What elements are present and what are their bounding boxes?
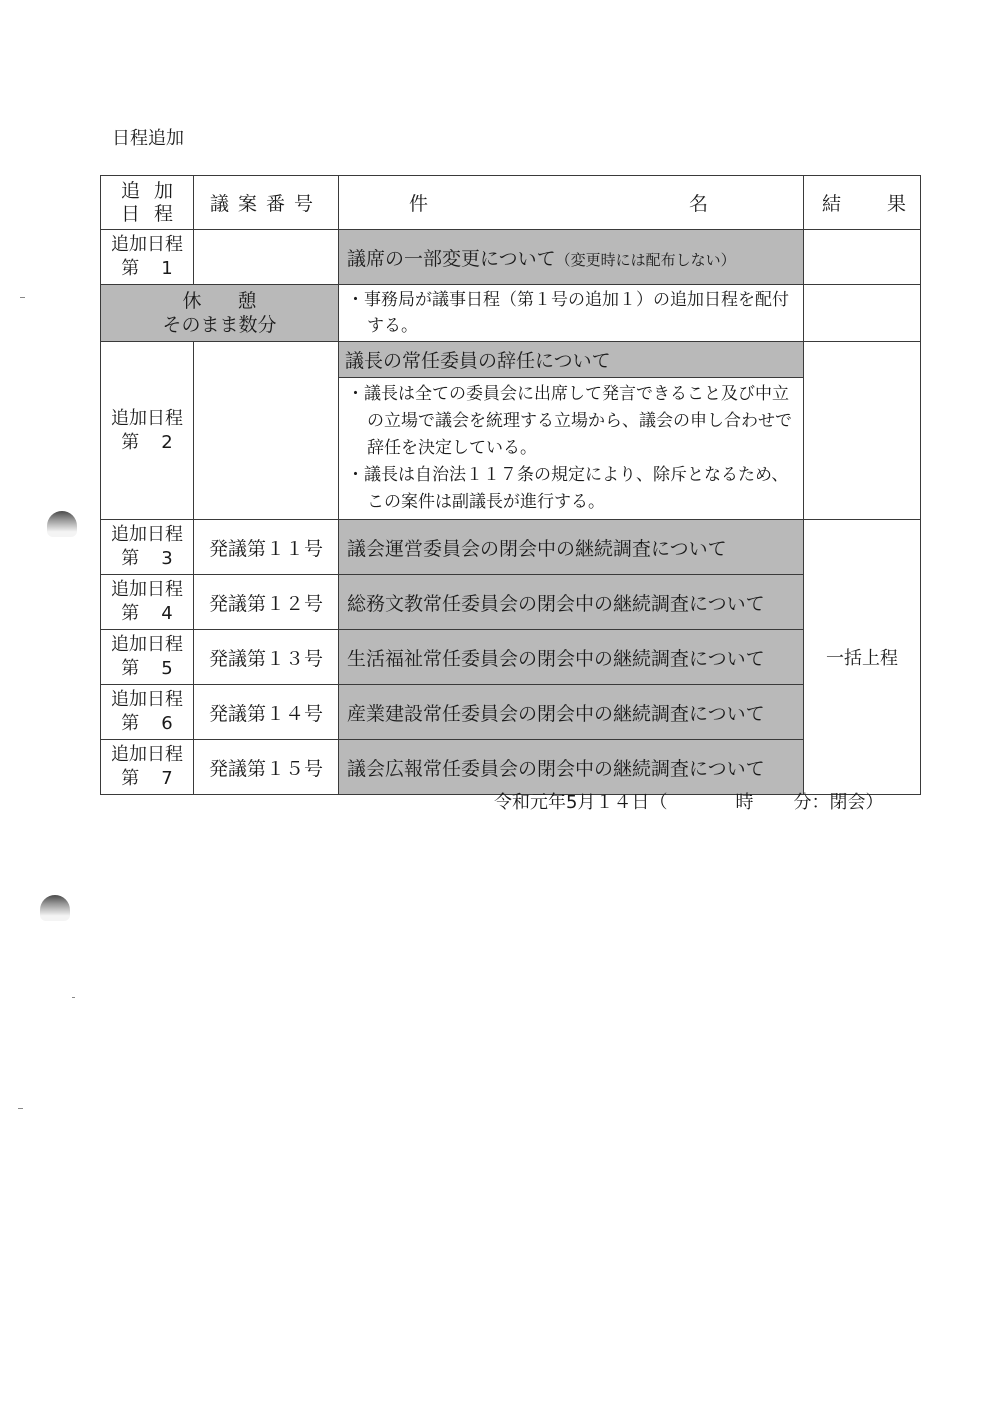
header-result-right: 果 — [887, 189, 906, 216]
agenda-table: 追加 日程 議案番号 件 名 結 果 追加日程 第1 議席の一部変更について（変… — [100, 175, 921, 795]
table-row-recess: 休憩 そのまま数分 ・事務局が議事日程（第１号の追加１）の追加日程を配付する。 — [101, 285, 921, 342]
schedule-prefix: 第 — [121, 658, 139, 679]
scan-speck — [18, 1108, 23, 1109]
result-cell — [804, 285, 921, 342]
schedule-cell: 追加日程 第5 — [101, 630, 194, 685]
schedule-label: 追加日程 — [101, 578, 193, 602]
schedule-prefix: 第 — [121, 548, 139, 569]
subject-note: （変更時には配布しない） — [556, 251, 736, 269]
schedule-number: 3 — [161, 547, 172, 571]
bill-number-cell — [194, 342, 339, 520]
table-row: 追加日程 第2 議長の常任委員の辞任について ・議長は全ての委員会に出席して発言… — [101, 342, 921, 520]
bill-number-cell: 発議第１１号 — [194, 520, 339, 575]
bill-number-cell: 発議第１３号 — [194, 630, 339, 685]
header-schedule-line1: 追加 — [101, 180, 193, 203]
schedule-cell: 追加日程 第4 — [101, 575, 194, 630]
minute-label: 分：閉会） — [793, 792, 883, 813]
schedule-cell: 追加日程 第1 — [101, 230, 194, 285]
schedule-label: 追加日程 — [101, 407, 193, 431]
subject-notes: ・議長は全ての委員会に出席して発言できること及び中立の立場で議会を統理する立場か… — [339, 378, 803, 519]
note-item: ・議長は全ての委員会に出席して発言できること及び中立の立場で議会を統理する立場か… — [347, 381, 795, 462]
document-title: 日程追加 — [112, 124, 184, 150]
header-result: 結 果 — [804, 176, 921, 230]
scan-speck — [20, 297, 25, 298]
subject-cell: 議会広報常任委員会の閉会中の継続調査について — [339, 740, 804, 795]
schedule-cell: 追加日程 第2 — [101, 342, 194, 520]
schedule-label: 追加日程 — [101, 743, 193, 767]
grouped-result-cell: 一括上程 — [804, 520, 921, 795]
recess-label: 休憩 — [101, 289, 338, 313]
header-result-left: 結 — [822, 189, 841, 216]
closing-date: 令和元年5月１４日（ — [494, 792, 667, 813]
header-schedule: 追加 日程 — [101, 176, 194, 230]
header-bill-number: 議案番号 — [194, 176, 339, 230]
subject-cell: 産業建設常任委員会の閉会中の継続調査について — [339, 685, 804, 740]
subject-cell: 生活福祉常任委員会の閉会中の継続調査について — [339, 630, 804, 685]
recess-cell: 休憩 そのまま数分 — [101, 285, 339, 342]
bill-number-cell — [194, 230, 339, 285]
recess-memo: ・事務局が議事日程（第１号の追加１）の追加日程を配付する。 — [339, 285, 804, 342]
subject-text: 議席の一部変更について — [347, 248, 556, 270]
schedule-cell: 追加日程 第6 — [101, 685, 194, 740]
table-row: 追加日程 第7 発議第１５号 議会広報常任委員会の閉会中の継続調査について — [101, 740, 921, 795]
schedule-number: 4 — [161, 602, 172, 626]
schedule-cell: 追加日程 第3 — [101, 520, 194, 575]
punch-hole-mark — [40, 895, 70, 921]
schedule-number: 5 — [161, 657, 172, 681]
bill-number-cell: 発議第１４号 — [194, 685, 339, 740]
table-row: 追加日程 第5 発議第１３号 生活福祉常任委員会の閉会中の継続調査について — [101, 630, 921, 685]
schedule-number: 6 — [161, 712, 172, 736]
table-row: 追加日程 第3 発議第１１号 議会運営委員会の閉会中の継続調査について 一括上程 — [101, 520, 921, 575]
recess-duration: そのまま数分 — [162, 314, 276, 336]
result-cell — [804, 230, 921, 285]
header-subject: 件 名 — [339, 176, 804, 230]
table-header-row: 追加 日程 議案番号 件 名 結 果 — [101, 176, 921, 230]
schedule-prefix: 第 — [121, 603, 139, 624]
schedule-label: 追加日程 — [101, 633, 193, 657]
table-row: 追加日程 第4 発議第１２号 総務文教常任委員会の閉会中の継続調査について — [101, 575, 921, 630]
header-subject-right: 名 — [689, 189, 708, 216]
schedule-prefix: 第 — [121, 432, 139, 453]
schedule-label: 追加日程 — [101, 688, 193, 712]
subject-cell: 議長の常任委員の辞任について ・議長は全ての委員会に出席して発言できること及び中… — [339, 342, 804, 520]
schedule-prefix: 第 — [121, 713, 139, 734]
table-row: 追加日程 第1 議席の一部変更について（変更時には配布しない） — [101, 230, 921, 285]
schedule-number: 1 — [161, 257, 172, 281]
subject-text: 議長の常任委員の辞任について — [339, 342, 803, 378]
subject-cell: 総務文教常任委員会の閉会中の継続調査について — [339, 575, 804, 630]
subject-cell: 議席の一部変更について（変更時には配布しない） — [339, 230, 804, 285]
punch-hole-mark — [47, 511, 77, 537]
table-row: 追加日程 第6 発議第１４号 産業建設常任委員会の閉会中の継続調査について — [101, 685, 921, 740]
subject-cell: 議会運営委員会の閉会中の継続調査について — [339, 520, 804, 575]
schedule-prefix: 第 — [121, 258, 139, 279]
schedule-number: 7 — [161, 767, 172, 791]
header-subject-left: 件 — [409, 189, 428, 216]
result-cell — [804, 342, 921, 520]
schedule-number: 2 — [161, 431, 172, 455]
hour-label: 時 — [735, 792, 753, 813]
schedule-cell: 追加日程 第7 — [101, 740, 194, 795]
bill-number-cell: 発議第１２号 — [194, 575, 339, 630]
schedule-label: 追加日程 — [101, 233, 193, 257]
bill-number-cell: 発議第１５号 — [194, 740, 339, 795]
schedule-prefix: 第 — [121, 768, 139, 789]
scan-speck — [72, 997, 75, 998]
schedule-label: 追加日程 — [101, 523, 193, 547]
header-schedule-line2: 日程 — [101, 203, 193, 226]
note-item: ・議長は自治法１１７条の規定により、除斥となるため、この案件は副議長が進行する。 — [347, 462, 795, 516]
memo-text: ・事務局が議事日程（第１号の追加１）の追加日程を配付する。 — [347, 287, 795, 339]
closing-time-line: 令和元年5月１４日（時分：閉会） — [494, 788, 883, 814]
